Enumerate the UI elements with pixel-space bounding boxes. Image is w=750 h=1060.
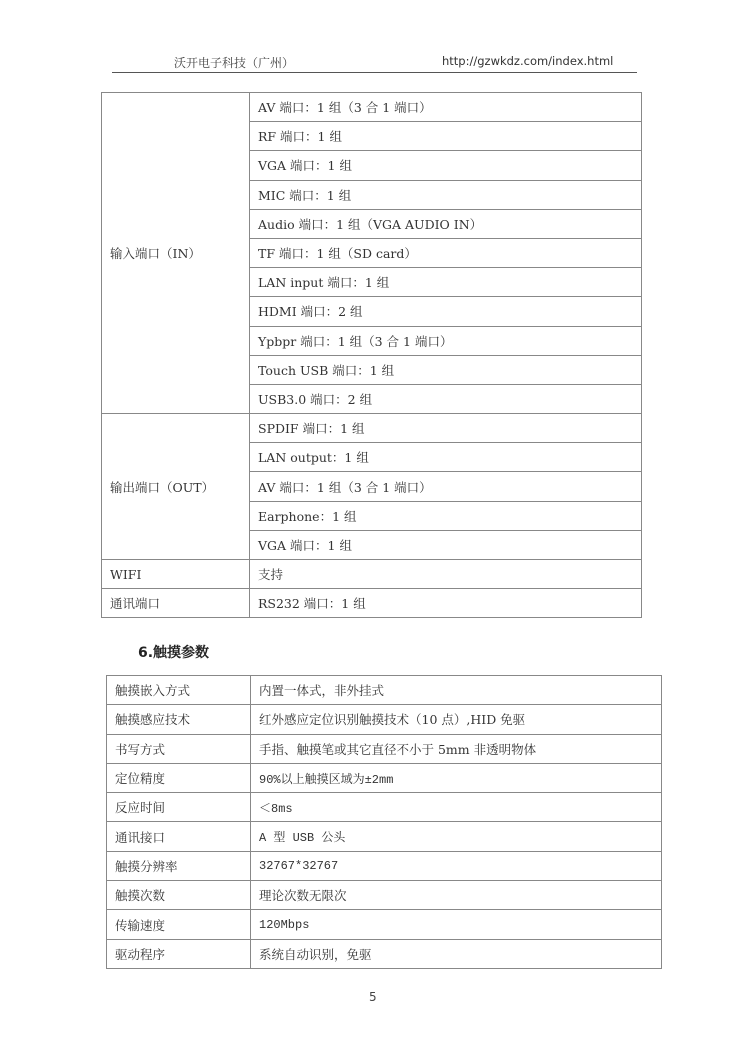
output-port-item: VGA 端口：1 组 (250, 530, 642, 559)
param-label: 书写方式 (107, 734, 251, 763)
table-row: 驱动程序系统自动识别，免驱 (107, 939, 662, 968)
table-row: 反应时间＜8ms (107, 793, 662, 822)
table-row: 书写方式手指、触摸笔或其它直径不小于 5mm 非透明物体 (107, 734, 662, 763)
input-port-item: Touch USB 端口：1 组 (250, 355, 642, 384)
param-label: 驱动程序 (107, 939, 251, 968)
table-row: 触摸感应技术红外感应定位识别触摸技术（10 点）,HID 免驱 (107, 705, 662, 734)
table-row: 定位精度90%以上触摸区域为±2mm (107, 763, 662, 792)
output-port-item: Earphone：1 组 (250, 501, 642, 530)
table-row: 传输速度120Mbps (107, 910, 662, 939)
param-label: 触摸感应技术 (107, 705, 251, 734)
input-ports-label: 输入端口（IN） (102, 93, 250, 414)
input-port-item: HDMI 端口：2 组 (250, 297, 642, 326)
param-label: 反应时间 (107, 793, 251, 822)
param-label: 定位精度 (107, 763, 251, 792)
param-label: 触摸次数 (107, 881, 251, 910)
company-name: 沃开电子科技（广州） (174, 54, 294, 71)
param-label: 触摸分辨率 (107, 851, 251, 880)
table-row: 输入端口（IN） AV 端口：1 组（3 合 1 端口） (102, 93, 642, 122)
param-value: 90%以上触摸区域为±2mm (251, 763, 662, 792)
table-row: 触摸分辨率32767*32767 (107, 851, 662, 880)
input-port-item: TF 端口：1 组（SD card） (250, 238, 642, 267)
comm-port-value: RS232 端口：1 组 (250, 589, 642, 618)
ports-table: 输入端口（IN） AV 端口：1 组（3 合 1 端口） RF 端口：1 组 V… (101, 92, 642, 618)
table-row: WIFI 支持 (102, 560, 642, 589)
param-label: 传输速度 (107, 910, 251, 939)
param-value: 系统自动识别，免驱 (251, 939, 662, 968)
wifi-label: WIFI (102, 560, 250, 589)
input-port-item: LAN input 端口：1 组 (250, 268, 642, 297)
input-port-item: VGA 端口：1 组 (250, 151, 642, 180)
output-port-item: LAN output：1 组 (250, 443, 642, 472)
output-port-item: SPDIF 端口：1 组 (250, 414, 642, 443)
param-value: 理论次数无限次 (251, 881, 662, 910)
input-port-item: AV 端口：1 组（3 合 1 端口） (250, 93, 642, 122)
param-value: 32767*32767 (251, 851, 662, 880)
input-port-item: Audio 端口：1 组（VGA AUDIO IN） (250, 209, 642, 238)
param-value: 120Mbps (251, 910, 662, 939)
table-row: 通讯接口A 型 USB 公头 (107, 822, 662, 851)
param-value: 红外感应定位识别触摸技术（10 点）,HID 免驱 (251, 705, 662, 734)
param-value: 内置一体式，非外挂式 (251, 676, 662, 705)
input-port-item: RF 端口：1 组 (250, 122, 642, 151)
touch-params-table: 触摸嵌入方式内置一体式，非外挂式 触摸感应技术红外感应定位识别触摸技术（10 点… (106, 675, 662, 969)
output-port-item: AV 端口：1 组（3 合 1 端口） (250, 472, 642, 501)
table-row: 触摸次数理论次数无限次 (107, 881, 662, 910)
table-row: 输出端口（OUT） SPDIF 端口：1 组 (102, 414, 642, 443)
input-port-item: MIC 端口：1 组 (250, 180, 642, 209)
param-value: 手指、触摸笔或其它直径不小于 5mm 非透明物体 (251, 734, 662, 763)
param-label: 触摸嵌入方式 (107, 676, 251, 705)
param-value: A 型 USB 公头 (251, 822, 662, 851)
table-row: 触摸嵌入方式内置一体式，非外挂式 (107, 676, 662, 705)
table-row: 通讯端口 RS232 端口：1 组 (102, 589, 642, 618)
section-title-touch-params: 6.触摸参数 (138, 642, 209, 662)
output-ports-label: 输出端口（OUT） (102, 414, 250, 560)
input-port-item: Ypbpr 端口：1 组（3 合 1 端口） (250, 326, 642, 355)
wifi-value: 支持 (250, 560, 642, 589)
input-port-item: USB3.0 端口：2 组 (250, 384, 642, 413)
company-url: http://gzwkdz.com/index.html (442, 54, 613, 68)
comm-port-label: 通讯端口 (102, 589, 250, 618)
page-header: 沃开电子科技（广州） http://gzwkdz.com/index.html (112, 52, 637, 73)
page-number: 5 (369, 990, 377, 1004)
param-value: ＜8ms (251, 793, 662, 822)
param-label: 通讯接口 (107, 822, 251, 851)
